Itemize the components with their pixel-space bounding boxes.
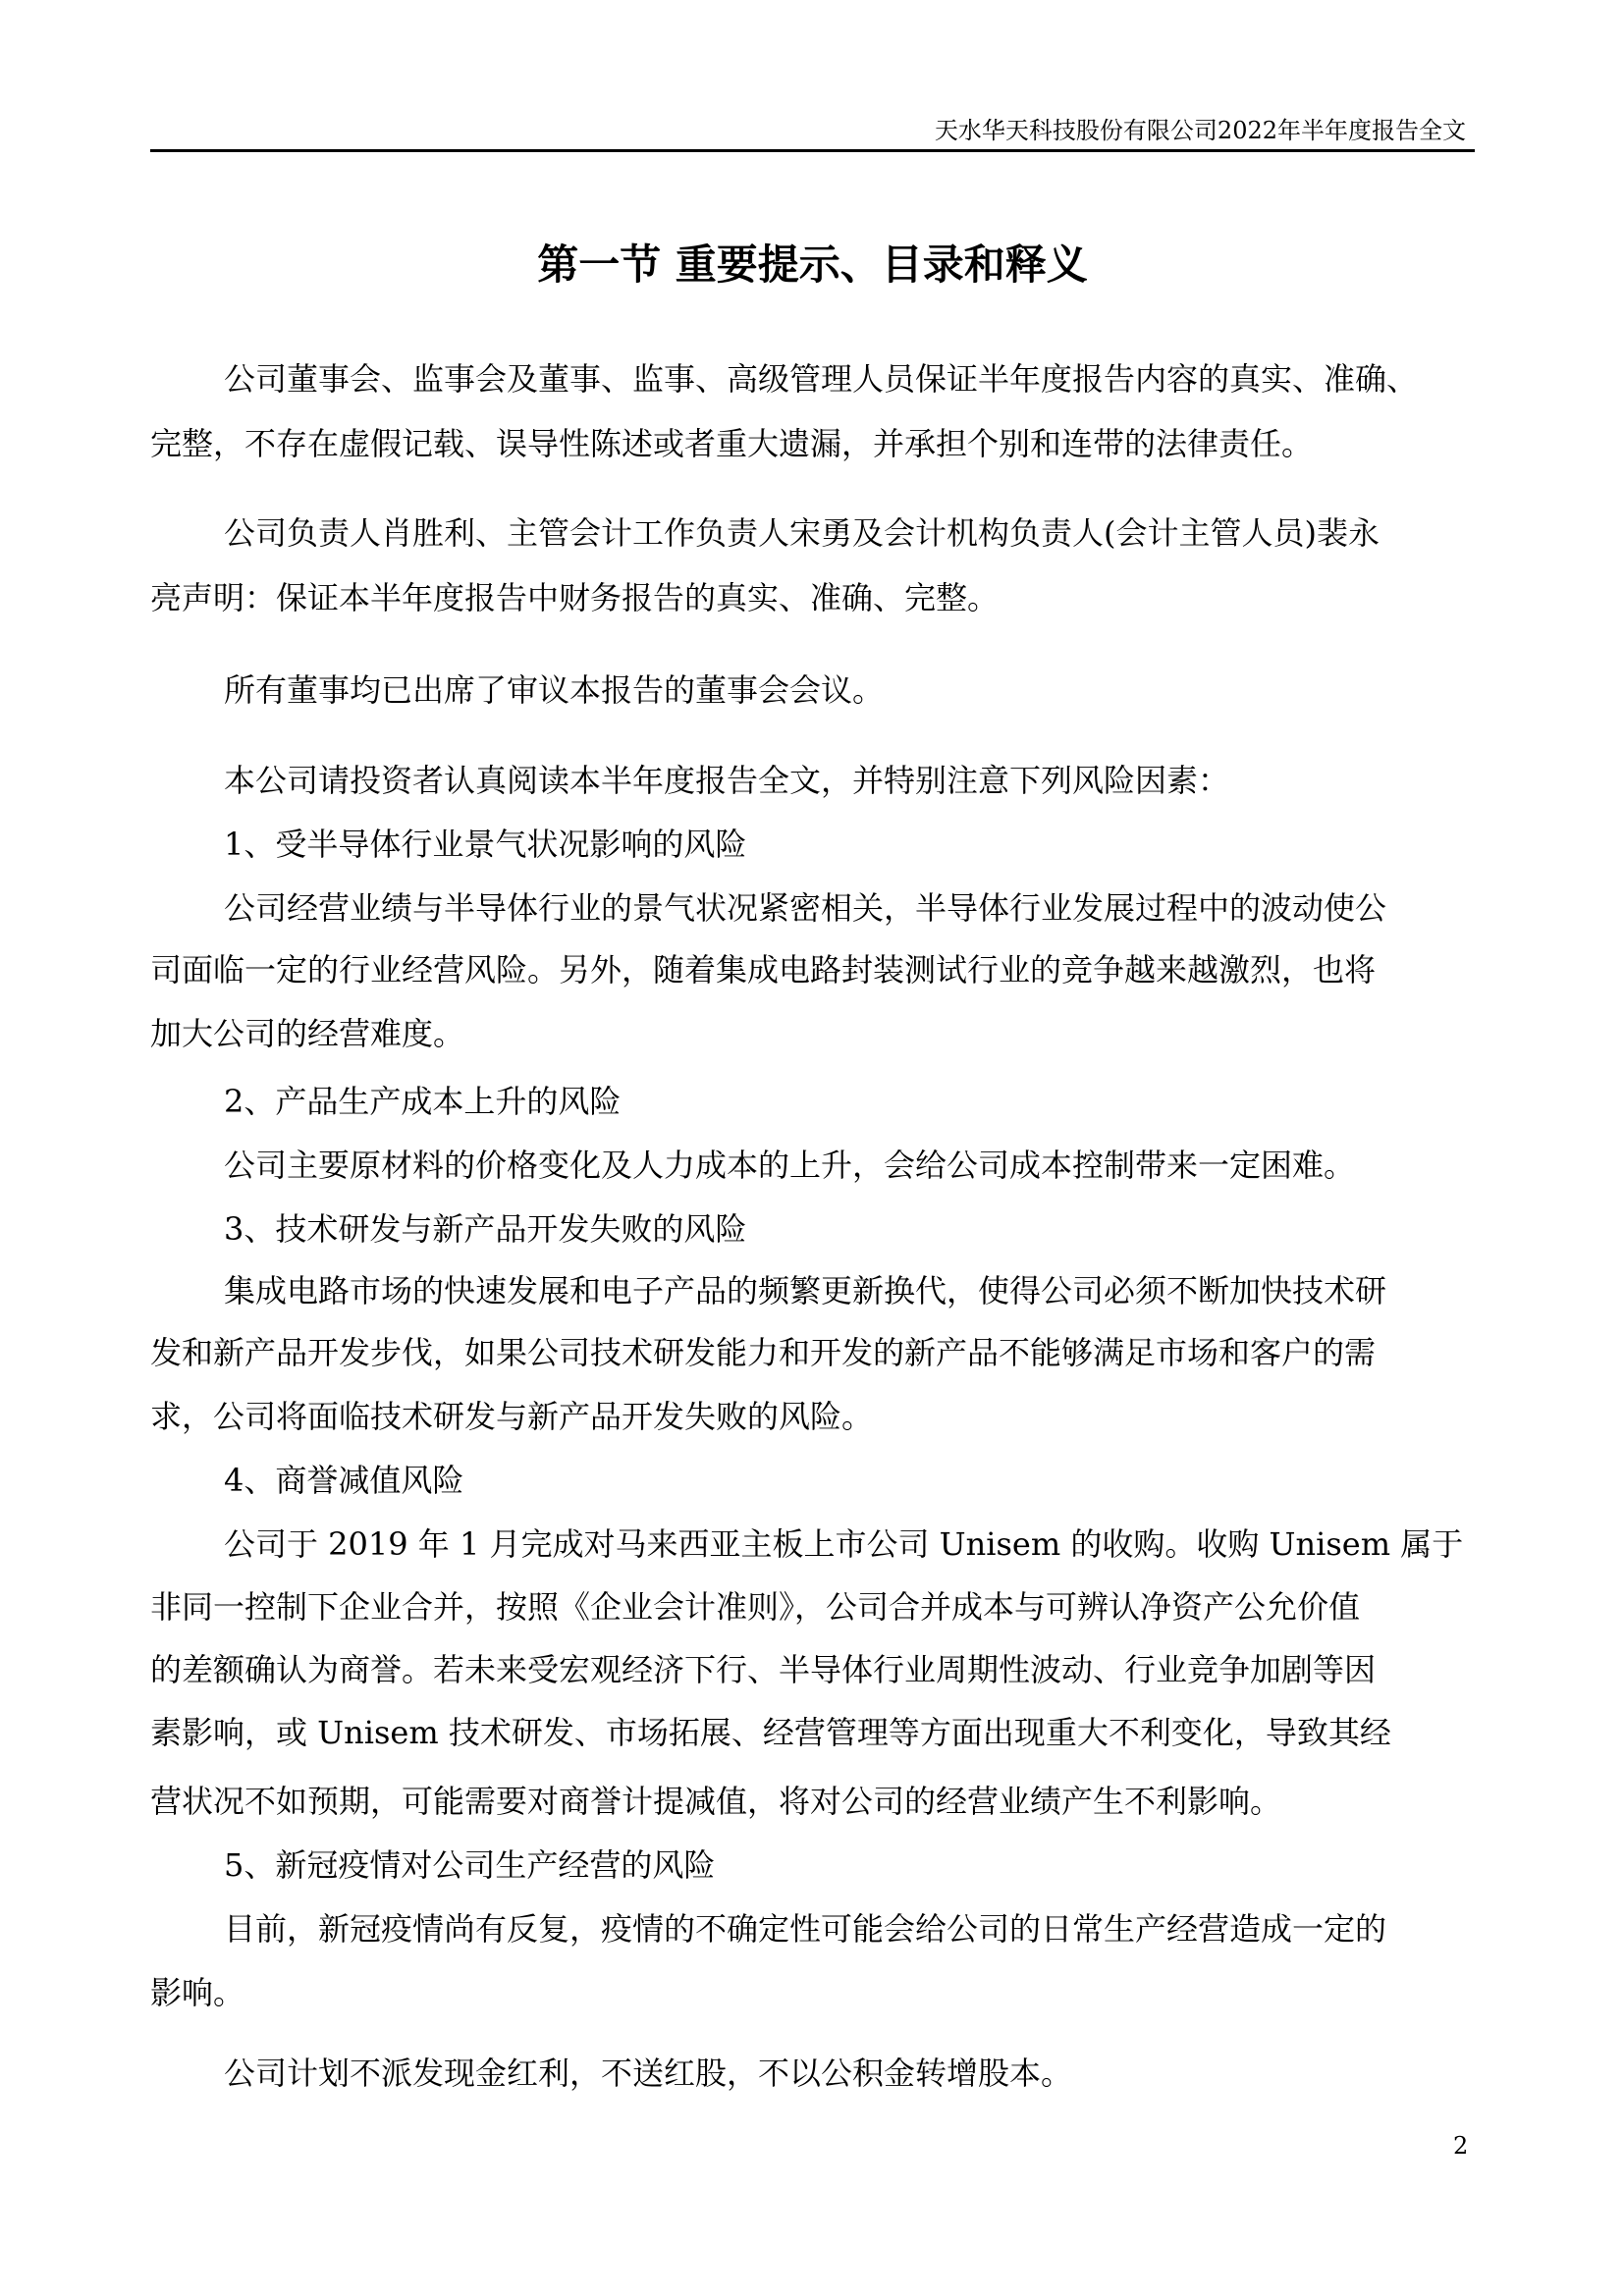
risk-line: 公司经营业绩与半导体行业的景气状况紧密相关，半导体行业发展过程中的波动使公 bbox=[224, 877, 1386, 939]
risk-line: 公司主要原材料的价格变化及人力成本的上升，会给公司成本控制带来一定困难。 bbox=[224, 1134, 1355, 1197]
closing-statement: 公司计划不派发现金红利，不送红股，不以公积金转增股本。 bbox=[224, 2042, 1072, 2105]
risk-heading: 5、新冠疫情对公司生产经营的风险 bbox=[224, 1834, 715, 1896]
risk-line: 司面临一定的行业经营风险。另外，随着集成电路封装测试行业的竞争越来越激烈，也将 bbox=[150, 938, 1376, 1001]
risk-line: 素影响，或 Unisem 技术研发、市场拓展、经营管理等方面出现重大不利变化，导… bbox=[150, 1701, 1391, 1764]
paragraph-line: 公司董事会、监事会及董事、监事、高级管理人员保证半年度报告内容的真实、准确、 bbox=[224, 347, 1418, 410]
paragraph-line: 亮声明：保证本半年度报告中财务报告的真实、准确、完整。 bbox=[150, 566, 999, 629]
risk-heading: 3、技术研发与新产品开发失败的风险 bbox=[224, 1198, 746, 1260]
risk-heading: 1、受半导体行业景气状况影响的风险 bbox=[224, 813, 746, 876]
risk-heading: 4、商誉减值风险 bbox=[224, 1449, 463, 1512]
risk-line: 发和新产品开发步伐，如果公司技术研发能力和开发的新产品不能够满足市场和客户的需 bbox=[150, 1321, 1376, 1384]
risk-line: 集成电路市场的快速发展和电子产品的频繁更新换代，使得公司必须不断加快技术研 bbox=[224, 1259, 1386, 1322]
document-body: 公司董事会、监事会及董事、监事、高级管理人员保证半年度报告内容的真实、准确、 完… bbox=[150, 0, 1478, 2296]
risk-line: 公司于 2019 年 1 月完成对马来西亚主板上市公司 Unisem 的收购。收… bbox=[224, 1513, 1463, 1575]
risk-heading: 2、产品生产成本上升的风险 bbox=[224, 1070, 621, 1133]
risk-line: 影响。 bbox=[150, 1961, 244, 2024]
paragraph-line: 所有董事均已出席了审议本报告的董事会会议。 bbox=[224, 659, 884, 721]
risk-line: 目前，新冠疫情尚有反复，疫情的不确定性可能会给公司的日常生产经营造成一定的 bbox=[224, 1897, 1386, 1960]
page-number: 2 bbox=[1453, 2132, 1468, 2160]
paragraph-line: 公司负责人肖胜利、主管会计工作负责人宋勇及会计机构负责人(会计主管人员)裴永 bbox=[224, 502, 1380, 564]
risk-line: 非同一控制下企业合并，按照《企业会计准则》，公司合并成本与可辨认净资产公允价值 bbox=[150, 1575, 1360, 1638]
risk-line: 营状况不如预期，可能需要对商誉计提减值，将对公司的经营业绩产生不利影响。 bbox=[150, 1770, 1281, 1833]
risk-line: 求，公司将面临技术研发与新产品开发失败的风险。 bbox=[150, 1385, 873, 1448]
risk-line: 的差额确认为商誉。若未来受宏观经济下行、半导体行业周期性波动、行业竞争加剧等因 bbox=[150, 1638, 1376, 1701]
risk-line: 加大公司的经营难度。 bbox=[150, 1002, 464, 1065]
paragraph-line: 完整，不存在虚假记载、误导性陈述或者重大遗漏，并承担个别和连带的法律责任。 bbox=[150, 412, 1313, 475]
paragraph-line: 本公司请投资者认真阅读本半年度报告全文，并特别注意下列风险因素： bbox=[224, 749, 1229, 812]
